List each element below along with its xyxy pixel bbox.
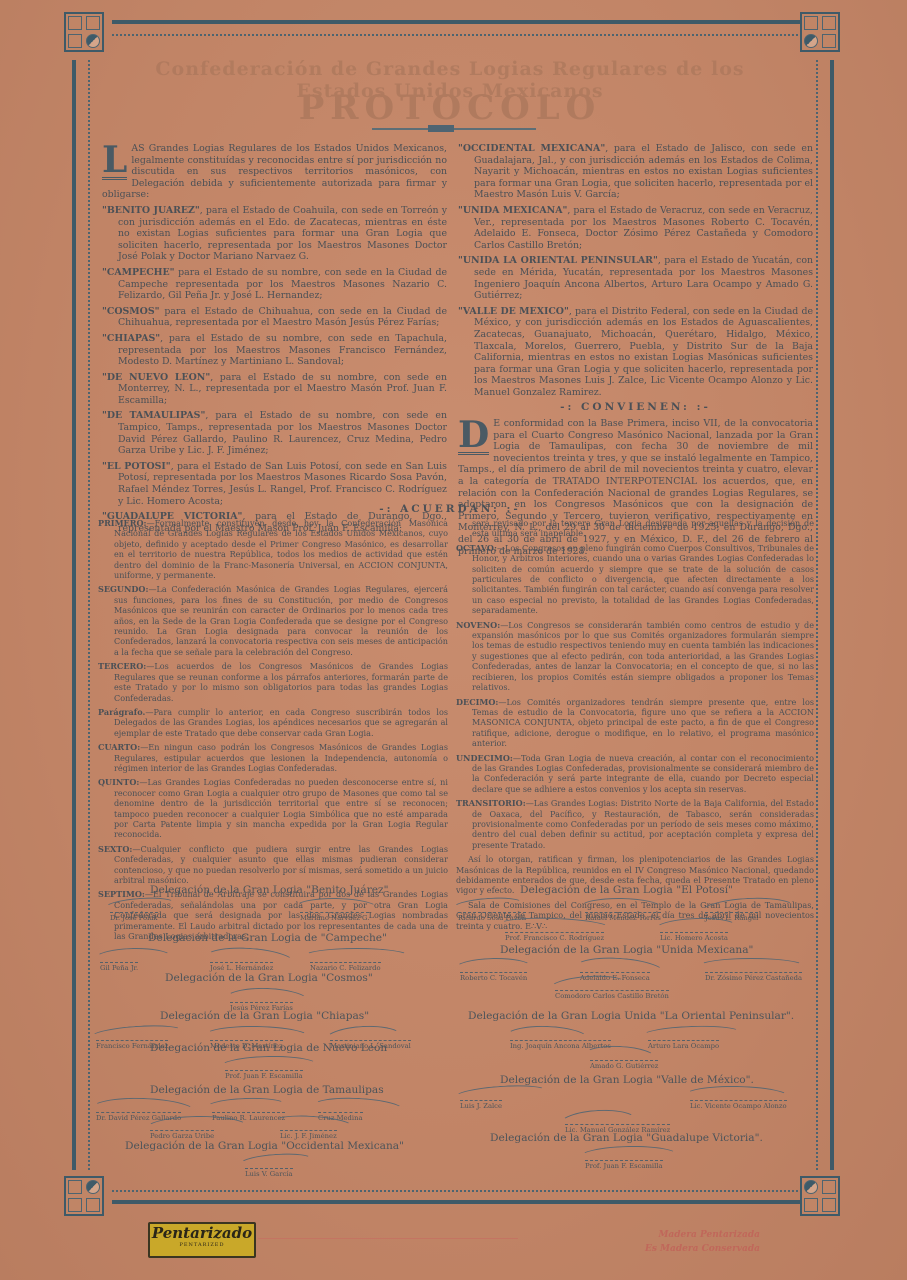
stamp-line-2: Es Madera Conservada [620, 1242, 760, 1256]
article-label: QUINTO: [98, 777, 139, 787]
lodge-list-right: "OCCIDENTAL MEXICANA", para el Estado de… [458, 143, 813, 398]
label-brand: Pentarizado [150, 1224, 254, 1242]
article: TERCERO:—Los acuerdos de los Congresos M… [98, 661, 448, 703]
lodge-entry-label: "DE NUEVO LEON" [102, 372, 210, 383]
lodge-list-left: "BENITO JUAREZ", para el Estado de Coahu… [102, 205, 447, 534]
lodge-entry-label: "EL POTOSI" [102, 461, 171, 472]
border-top [112, 20, 802, 24]
delegation-title: Delegación de la Gran Logia "Occidental … [125, 1140, 404, 1152]
delegation-title: Delegación de la Gran Logia "Benito Juár… [150, 884, 389, 896]
signatory-name: Prof. Juan F. Escamilla [585, 1160, 663, 1170]
article-text: —Los acuerdos de los Congresos Masónicos… [114, 661, 448, 702]
article-text: —En ningun caso podrán los Congresos Mas… [114, 742, 448, 773]
corner-ornament-bottom-left [64, 1176, 104, 1216]
article-text: —Los Congresos se considerarán también c… [472, 620, 814, 692]
article-text: —Para cumplir lo anterior, en cada Congr… [114, 707, 448, 738]
lodge-entry-label: "BENITO JUAREZ" [102, 205, 200, 216]
article: PRIMERO:—Formalmente constituyen desde h… [98, 518, 448, 580]
article: CUARTO:—En ningun caso podrán los Congre… [98, 742, 448, 773]
lodge-entry-text: para el Estado de Chihuahua, con sede en… [118, 306, 447, 329]
signatory-name: Lic. J. F. Jiménez [280, 1130, 337, 1140]
article-label: DECIMO: [456, 697, 498, 707]
signatory-name: Rafael Méndez Torres [585, 912, 661, 922]
lodge-entry-label: "DE TAMAULIPAS" [102, 410, 205, 421]
signatory-name: Nazario C. Felizardo [310, 962, 381, 972]
lodge-entry-label: "UNIDA LA ORIENTAL PENINSULAR" [458, 255, 658, 266]
lodge-entry: "UNIDA LA ORIENTAL PENINSULAR", para el … [458, 255, 813, 301]
lodge-entry: "DE TAMAULIPAS", para el Estado de su no… [102, 410, 447, 456]
lodge-entry: "EL POTOSI", para el Estado de San Luis … [102, 461, 447, 507]
delegation-title: Delegación de la Gran Logia de Tamaulipa… [150, 1084, 384, 1096]
border-bottom [112, 1200, 802, 1204]
lodge-entry: "COSMOS" para el Estado de Chihuahua, co… [102, 306, 447, 329]
signatory-name: Comodoro Carlos Castillo Bretón [555, 990, 669, 1000]
label-sub: PENTARIZED [150, 1242, 254, 1249]
signatory-name: Amado G. Gutiérrez [590, 1060, 658, 1070]
yin-yang-icon [86, 1180, 100, 1194]
preservation-stamp: Madera Pentarizada Es Madera Conservada [620, 1228, 760, 1256]
lodge-entry: "BENITO JUAREZ", para el Estado de Coahu… [102, 205, 447, 263]
delegation-title: Delegación de la Gran Logia "El Potosí" [520, 884, 733, 896]
acuerdan-heading: -: ACUERDAN: :- [300, 503, 600, 515]
title-ornament [372, 128, 536, 130]
lodge-entry-label: "CHIAPAS" [102, 333, 160, 344]
lodge-entry: "OCCIDENTAL MEXICANA", para el Estado de… [458, 143, 813, 201]
article-label: Parágrafo. [98, 707, 145, 717]
delegation-title: Delegación de la Gran Logia Unida "La Or… [468, 1010, 794, 1022]
acuerdan-right-column: será revisado por la tercera Gran Logia … [456, 518, 814, 935]
signatory-name: Lic. Homero Acosta [660, 932, 728, 942]
corner-ornament-top-right [800, 12, 840, 52]
article-text: —Los Comités organizadores tendrán siemp… [472, 697, 814, 749]
lodge-entry: "CAMPECHE" para el Estado de su nombre, … [102, 267, 447, 302]
delegation-title: Delegación de la Gran Logia de Nuevo Leó… [150, 1042, 387, 1054]
signatory-name: Dr. Zósimo Pérez Castañeda [705, 972, 802, 982]
preamble-column: LAS Grandes Logias Regulares de los Esta… [102, 143, 447, 538]
delegation-title: Delegación de la Gran Logia "Cosmos" [165, 972, 373, 984]
article-label: UNDECIMO: [456, 753, 513, 763]
lodge-entry-label: "OCCIDENTAL MEXICANA" [458, 143, 605, 154]
signatory-name: Roberto C. Tocavén [460, 972, 527, 982]
lodge-entry-label: "CAMPECHE" [102, 267, 175, 278]
lodge-entry: "DE NUEVO LEON", para el Estado de su no… [102, 372, 447, 407]
corner-ornament-top-left [64, 12, 104, 52]
signatory-name: Dr. José Polak [110, 912, 158, 922]
stamp-line-1: Madera Pentarizada [620, 1228, 760, 1242]
acuerdan-left-column: PRIMERO:—Formalmente constituyen desde h… [98, 518, 448, 945]
article-label: TERCERO: [98, 661, 146, 671]
corner-ornament-bottom-right [800, 1176, 840, 1216]
chain-right [816, 60, 818, 1170]
lodge-entry-label: "COSMOS" [102, 306, 159, 317]
article-label: CUARTO: [98, 742, 140, 752]
convienen-heading: -: CONVIENEN: :- [458, 402, 813, 414]
yin-yang-icon [804, 34, 818, 48]
article-text: —Toda Gran Logia de nueva creación, al c… [472, 753, 814, 794]
dropcap-l: L [102, 145, 127, 180]
lodge-entry: "VALLE DE MEXICO", para el Distrito Fede… [458, 306, 813, 399]
article: QUINTO:—Las Grandes Logias Confederadas … [98, 777, 448, 839]
yin-yang-icon [86, 34, 100, 48]
pentarizado-label: Pentarizado PENTARIZED [148, 1222, 256, 1258]
signatory-name: Luis V. García [245, 1168, 293, 1178]
lodge-entry-text: , para el Distrito Federal, con sede en … [474, 306, 813, 398]
red-rule [258, 1238, 518, 1239]
document-title: PROTOCOLO [120, 88, 780, 128]
article-text: —La Confederación Masónica de Grandes Lo… [114, 584, 448, 656]
yin-yang-icon [804, 1180, 818, 1194]
lodge-entry: "UNIDA MEXICANA", para el Estado de Vera… [458, 205, 813, 251]
article-text: —Cualquier conflicto que pudiera surgir … [114, 844, 448, 885]
article-label: PRIMERO: [98, 518, 147, 528]
article: será revisado por la tercera Gran Logia … [456, 518, 814, 539]
article: DECIMO:—Los Comités organizadores tendrá… [456, 697, 814, 749]
article-text: —Formalmente constituyen desde hoy la Co… [114, 518, 448, 580]
article: OCTAVO:—Los Congresos en pleno fungirán … [456, 543, 814, 616]
signatory-name: Prof. Francisco C. Rodríguez [505, 932, 604, 942]
signatory-name: Prof. Juan F. Escamilla [225, 1070, 303, 1080]
border-right [830, 60, 834, 1170]
lodge-entry: "CHIAPAS", para el Estado de su nombre, … [102, 333, 447, 368]
article: NOVENO:—Los Congresos se considerarán ta… [456, 620, 814, 693]
article-text: —Los Congresos en pleno fungirán como Cu… [472, 543, 814, 615]
dropcap-d: D [458, 420, 489, 455]
signatory-name: Pedro Garza Uribe [150, 1130, 214, 1140]
article: UNDECIMO:—Toda Gran Logia de nueva creac… [456, 753, 814, 795]
article: SEGUNDO:—La Confederación Masónica de Gr… [98, 584, 448, 657]
signatory-name: Gil Peña Jr. [100, 962, 138, 972]
delegation-title: Delegación de la Gran Logia "Chiapas" [160, 1010, 369, 1022]
article-text: —Las Grandes Logias Confederadas no pued… [114, 777, 448, 839]
article-label: OCTAVO: [456, 543, 497, 553]
delegation-title: Delegación de la Gran Logia "Unida Mexic… [500, 944, 753, 956]
lodge-entry-text: , para el Estado de su nombre, con sede … [118, 333, 447, 367]
article: Parágrafo.—Para cumplir lo anterior, en … [98, 707, 448, 738]
right-column-upper: "OCCIDENTAL MEXICANA", para el Estado de… [458, 143, 813, 561]
preamble-text: AS Grandes Logias Regulares de los Estad… [102, 143, 447, 200]
signatory-name: José L. Hernández [210, 962, 273, 972]
chain-top [112, 34, 802, 36]
lodge-entry-label: "VALLE DE MEXICO" [458, 306, 569, 317]
article-label: TRANSITORIO: [456, 798, 526, 808]
border-left [72, 60, 76, 1170]
delegation-title: Delegación de la Gran Logia de "Campeche… [148, 932, 387, 944]
signatory-name: Luis J. Zalce [460, 1100, 502, 1110]
article-label: SEXTO: [98, 844, 132, 854]
delegation-title: Delegación de la Gran Logia "Valle de Mé… [500, 1074, 754, 1086]
article: SEXTO:—Cualquier conflicto que pudiera s… [98, 844, 448, 886]
article-label: SEGUNDO: [98, 584, 148, 594]
signatory-name: Lic. Vicente Ocampo Alonzo [690, 1100, 787, 1110]
article-text: será revisado por la tercera Gran Logia … [472, 518, 814, 538]
chain-left [88, 60, 90, 1170]
chain-bottom [112, 1190, 802, 1192]
signatory-name: Mariano Narvaez G. [300, 912, 369, 922]
signatory-name: Arturo Lara Ocampo [648, 1040, 719, 1050]
delegation-title: Delegación de la Gran Logia "Guadalupe V… [490, 1132, 763, 1144]
lodge-entry-label: "UNIDA MEXICANA" [458, 205, 567, 216]
preamble: LAS Grandes Logias Regulares de los Esta… [102, 143, 447, 201]
article-label: NOVENO: [456, 620, 500, 630]
article: TRANSITORIO:—Las Grandes Logias: Distrit… [456, 798, 814, 850]
